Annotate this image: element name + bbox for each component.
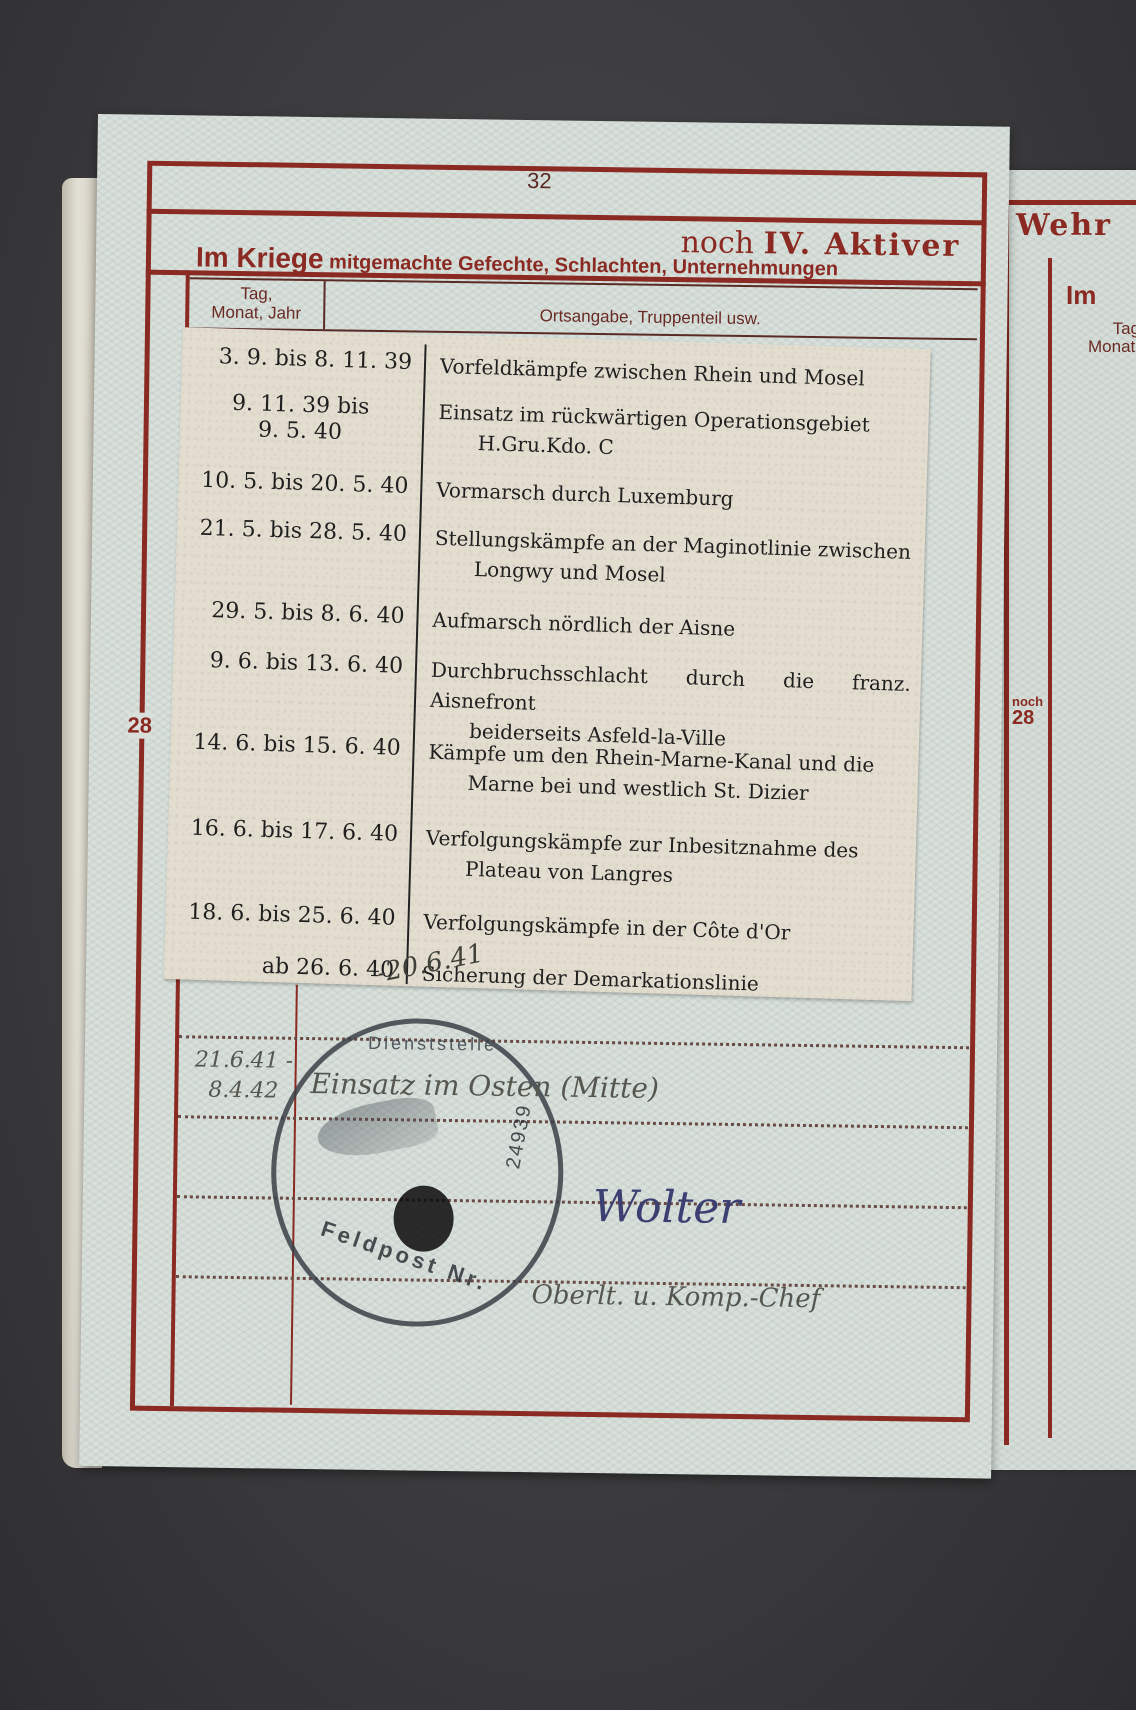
entry-date: 10. 5. bis 20. 5. 40 bbox=[178, 467, 409, 500]
slip-entry: 21. 5. bis 28. 5. 40 Stellungskämpfe an … bbox=[177, 515, 925, 537]
signature: Wolter bbox=[592, 1181, 740, 1234]
date-column-header: Tag, Monat, Jahr bbox=[189, 279, 326, 329]
margin-number: 28 bbox=[127, 712, 152, 738]
entry-description: Vormarsch durch Luxemburg bbox=[436, 475, 917, 519]
slip-entry: 3. 9. bis 8. 11. 39 Vorfeldkämpfe zwisch… bbox=[183, 343, 931, 365]
slip-entry: 9. 6. bis 13. 6. 40 Durchbruchsschlacht … bbox=[174, 647, 922, 669]
entry-date: 9. 6. bis 13. 6. 40 bbox=[173, 647, 404, 680]
handwritten-entry: Einsatz im Osten (Mitte) bbox=[310, 1067, 659, 1105]
entry-description: Stellungskämpfe an der Maginotlinie zwis… bbox=[434, 523, 916, 597]
entry-date: ab 26. 6. 40 bbox=[164, 951, 395, 984]
entry-date: 21. 5. bis 28. 5. 40 bbox=[177, 515, 408, 548]
left-page: 32 noch IV. Aktiver 28 Im Kriege mitgema… bbox=[79, 114, 1010, 1479]
entry-date: 14. 6. bis 15. 6. 40 bbox=[170, 729, 401, 762]
right-page-margin-number: noch 28 bbox=[1012, 694, 1043, 726]
slip-entry: 16. 6. bis 17. 6. 40 Verfolgungskämpfe z… bbox=[169, 815, 917, 837]
place-column-header: Ortsangabe, Truppenteil usw. bbox=[325, 303, 975, 332]
pasted-campaign-slip: 3. 9. bis 8. 11. 39 Vorfeldkämpfe zwisch… bbox=[164, 327, 931, 1001]
slip-entry: ab 26. 6. 40 Sicherung der Demarkationsl… bbox=[165, 951, 913, 973]
right-page-title: Wehr bbox=[1016, 208, 1112, 243]
slip-entry: 29. 5. bis 8. 6. 40 Aufmarsch nördlich d… bbox=[175, 597, 923, 619]
entry-description: Aufmarsch nördlich der Aisne bbox=[432, 605, 913, 649]
handwritten-rank: Oberlt. u. Komp.-Chef bbox=[531, 1280, 820, 1314]
slip-entry: 18. 6. bis 25. 6. 40 Verfolgungskämpfe i… bbox=[166, 899, 914, 921]
right-page-column-rule bbox=[1048, 258, 1052, 1438]
entry-description: Verfolgungskämpfe in der Côte d'Or bbox=[423, 907, 904, 951]
right-page-date-header: Tag Monat, bbox=[1040, 320, 1136, 356]
right-page-frame bbox=[1004, 200, 1136, 1445]
slip-entry: 10. 5. bis 20. 5. 40 Vormarsch durch Lux… bbox=[179, 467, 927, 489]
entry-description: Kämpfe um den Rhein-Marne-Kanal und dieM… bbox=[427, 737, 909, 811]
right-page-subtitle: Im bbox=[1066, 280, 1096, 311]
entry-date: 16. 6. bis 17. 6. 40 bbox=[168, 815, 399, 848]
handwritten-date-range: 21.6.41 - 8.4.42 bbox=[194, 1045, 293, 1106]
right-page: Wehr Im Tag Monat, noch 28 bbox=[990, 170, 1136, 1470]
entry-date: 18. 6. bis 25. 6. 40 bbox=[165, 899, 396, 932]
stamp-top-text: Dienststelle bbox=[368, 1033, 497, 1056]
entry-description: Vorfeldkämpfe zwischen Rhein und Mosel bbox=[440, 351, 921, 395]
page-number: 32 bbox=[527, 168, 552, 194]
slip-entry: 9. 11. 39 bis 9. 5. 40 Einsatz im rückwä… bbox=[181, 389, 929, 411]
stamp-number: 24939 bbox=[502, 1102, 537, 1171]
entry-date: 29. 5. bis 8. 6. 40 bbox=[174, 597, 405, 630]
eagle-emblem-icon bbox=[313, 1092, 440, 1164]
entry-description: Verfolgungskämpfe zur Inbesitznahme desP… bbox=[425, 823, 907, 897]
entry-description: Einsatz im rückwärtigen Operationsgebiet… bbox=[437, 397, 919, 471]
entry-date: 3. 9. bis 8. 11. 39 bbox=[182, 343, 413, 376]
entry-date: 9. 11. 39 bis 9. 5. 40 bbox=[190, 389, 411, 448]
